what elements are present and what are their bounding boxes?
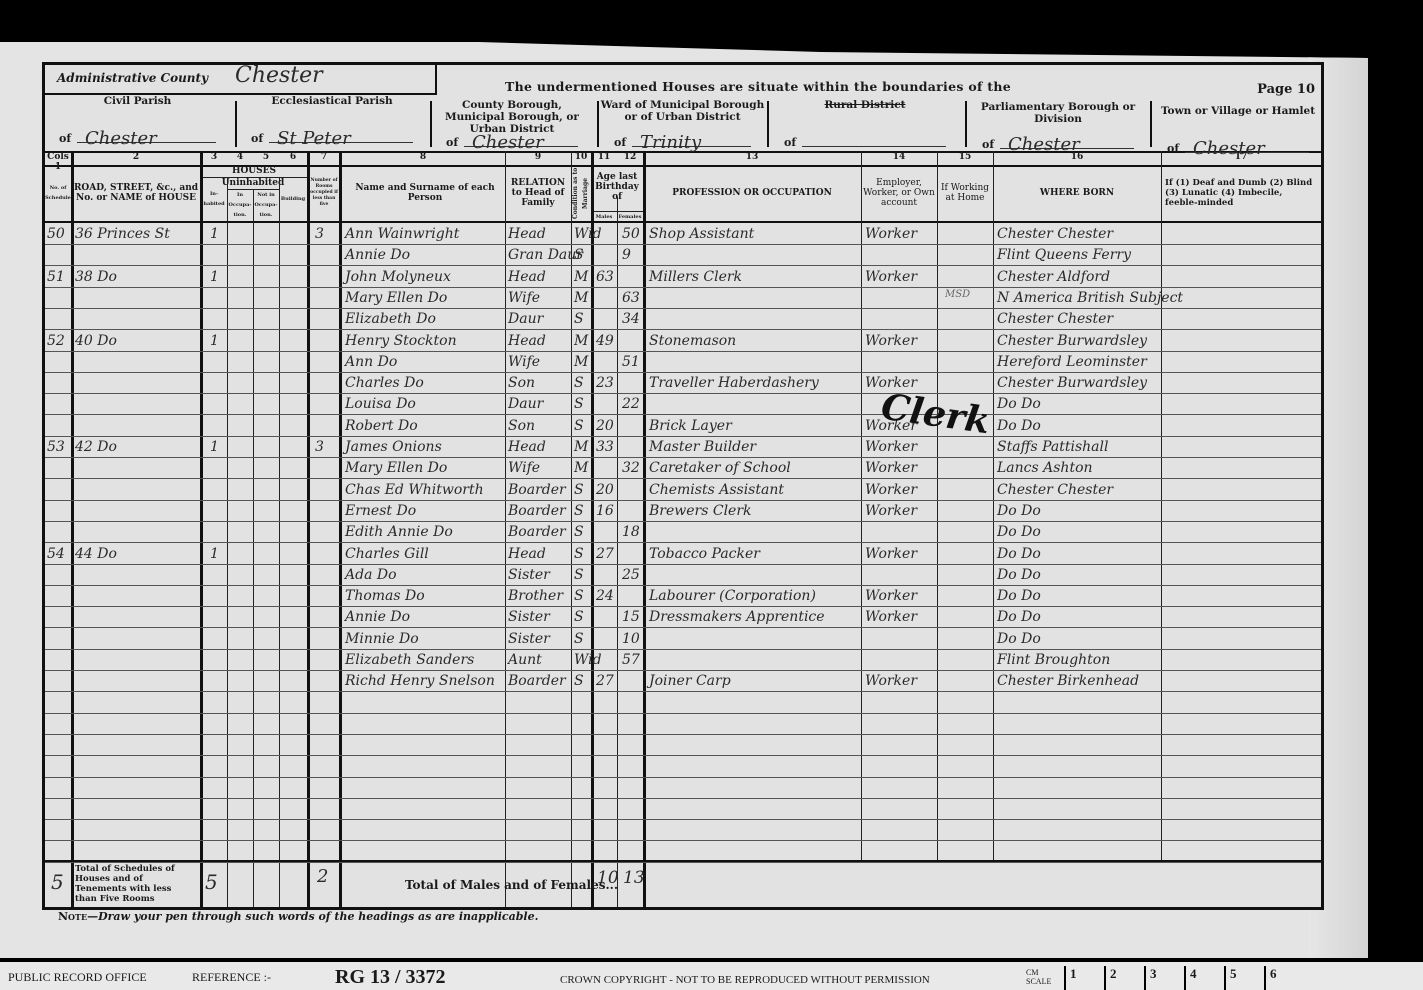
cell-condition: S [574, 372, 590, 393]
cell-relation: Brother [508, 585, 570, 606]
cell-address [75, 415, 199, 436]
cell-schedule [47, 244, 71, 265]
cell-rooms: 3 [315, 223, 337, 244]
header-employer: Employer, Worker, or Own account [861, 165, 937, 221]
scale-mark: 2 [1104, 966, 1144, 990]
table-row: Louisa DoDaurS22Do Do [45, 393, 1321, 415]
cell-schedule: 51 [47, 266, 71, 287]
cell-address [75, 606, 199, 627]
table-row: Ernest DoBoarderS16Brewers ClerkWorkerDo… [45, 500, 1321, 522]
cell-inhabited [210, 351, 226, 372]
cell-name: Ann Wainwright [345, 223, 503, 244]
cell-schedule: 53 [47, 436, 71, 457]
cell-female-age [622, 415, 642, 436]
note-text: Draw your pen through such words of the … [98, 910, 538, 923]
cell-male-age: 20 [596, 479, 618, 500]
cell-condition: S [574, 521, 590, 542]
table-row [45, 756, 1321, 778]
cell-occupation [649, 351, 859, 372]
scale-mark: 1 [1064, 966, 1104, 990]
cell-occupation [649, 628, 859, 649]
header-address: ROAD, STREET, &c., and No. or NAME of HO… [71, 165, 201, 221]
cell-condition: M [574, 287, 590, 308]
cell-address [75, 521, 199, 542]
cell-occupation: Joiner Carp [649, 670, 859, 691]
cell-born: Flint Broughton [997, 649, 1197, 670]
cell-born: Do Do [997, 500, 1197, 521]
table-row: Edith Annie DoBoarderS18Do Do [45, 521, 1321, 543]
cell-female-age [622, 266, 642, 287]
column-headers: No. of Schedule ROAD, STREET, &c., and N… [45, 165, 1321, 223]
cell-inhabited [210, 628, 226, 649]
cell-born: Chester Birkenhead [997, 670, 1197, 691]
header-infirmity: If (1) Deaf and Dumb (2) Blind (3) Lunat… [1165, 165, 1315, 221]
cell-schedule [47, 606, 71, 627]
cell-relation: Head [508, 436, 570, 457]
cell-name: Richd Henry Snelson [345, 670, 503, 691]
cell-male-age [596, 649, 618, 670]
cell-occupation: Traveller Haberdashery [649, 372, 859, 393]
cell-female-age: 51 [622, 351, 642, 372]
cell-occupation: Shop Assistant [649, 223, 859, 244]
rural-district: Rural District of [770, 95, 960, 153]
cell-home [941, 670, 991, 691]
cell-employer: Worker [865, 457, 937, 478]
cell-born: Do Do [997, 628, 1197, 649]
cell-inhabited: 1 [210, 436, 226, 457]
cell-male-age: 24 [596, 585, 618, 606]
header-rooms: Number of Rooms occupied if less than fi… [310, 165, 338, 221]
cell-employer: Worker [865, 223, 937, 244]
cell-born: Flint Queens Ferry [997, 244, 1197, 265]
cell-female-age [622, 372, 642, 393]
cell-condition: S [574, 564, 590, 585]
cell-male-age: 27 [596, 670, 618, 691]
table-row: Richd Henry SnelsonBoarderS27Joiner Carp… [45, 670, 1321, 692]
cell-name: Elizabeth Do [345, 308, 503, 329]
totals-row: 5 Total of Schedules of Houses and of Te… [45, 860, 1321, 910]
header-females: Females [617, 211, 643, 222]
cell-employer: Worker [865, 606, 937, 627]
cell-born: Chester Aldford [997, 266, 1197, 287]
cell-employer [865, 649, 937, 670]
cell-occupation [649, 287, 859, 308]
cell-relation: Wife [508, 457, 570, 478]
cell-rooms [315, 287, 337, 308]
rural-district-label: Rural District [770, 99, 960, 111]
cell-rooms [315, 266, 337, 287]
table-row [45, 798, 1321, 820]
cell-male-age: 27 [596, 543, 618, 564]
cell-address [75, 372, 199, 393]
cell-name: Thomas Do [345, 585, 503, 606]
archive-footer: PUBLIC RECORD OFFICE REFERENCE :- RG 13 … [0, 958, 1423, 990]
county-borough-label: County Borough, Municipal Borough, or Ur… [432, 99, 592, 135]
cell-name: Annie Do [345, 606, 503, 627]
cell-employer: Worker [865, 330, 937, 351]
cell-home [941, 479, 991, 500]
cell-rooms [315, 564, 337, 585]
header-home: If Working at Home [937, 165, 993, 221]
cell-rooms [315, 330, 337, 351]
cell-inhabited [210, 585, 226, 606]
cell-condition: S [574, 479, 590, 500]
table-row: Annie DoSisterS15Dressmakers ApprenticeW… [45, 606, 1321, 628]
cell-name: Ada Do [345, 564, 503, 585]
table-row [45, 734, 1321, 756]
cell-name: James Onions [345, 436, 503, 457]
cell-inhabited [210, 372, 226, 393]
cell-born: Staffs Pattishall [997, 436, 1197, 457]
cell-schedule [47, 393, 71, 414]
cell-male-age [596, 393, 618, 414]
cell-condition: Wid [574, 223, 590, 244]
header-inhabited: In-habited [201, 177, 227, 221]
cell-occupation [649, 393, 859, 414]
ward-value: Trinity [640, 137, 701, 149]
cell-relation: Sister [508, 564, 570, 585]
header-not-in-occupation: Not in Occupa-tion. [253, 189, 279, 221]
table-row: Minnie DoSisterS10Do Do [45, 628, 1321, 650]
cell-condition: S [574, 543, 590, 564]
table-row: 5444 Do1Charles GillHeadS27Tobacco Packe… [45, 543, 1321, 565]
cell-condition: S [574, 393, 590, 414]
cell-home [941, 606, 991, 627]
cell-inhabited [210, 479, 226, 500]
cell-address [75, 649, 199, 670]
cell-home [941, 543, 991, 564]
cell-rooms [315, 351, 337, 372]
cell-rooms [315, 308, 337, 329]
cell-female-age: 22 [622, 393, 642, 414]
cell-employer [865, 308, 937, 329]
ward: Ward of Municipal Borough or of Urban Di… [600, 95, 765, 153]
cell-address [75, 500, 199, 521]
total-persons-label: Total of Males and of Females... [405, 878, 618, 892]
cell-address [75, 308, 199, 329]
cell-name: Annie Do [345, 244, 503, 265]
cell-name: Charles Do [345, 372, 503, 393]
header-building: Building [279, 177, 307, 221]
cell-relation: Daur [508, 393, 570, 414]
cell-inhabited [210, 500, 226, 521]
header-born: WHERE BORN [993, 165, 1161, 221]
cell-relation: Boarder [508, 670, 570, 691]
form-note: Note—Draw your pen through such words of… [58, 910, 538, 923]
cell-occupation: Caretaker of School [649, 457, 859, 478]
cell-condition: M [574, 436, 590, 457]
cell-employer [865, 351, 937, 372]
cell-inhabited: 1 [210, 330, 226, 351]
cell-relation: Daur [508, 308, 570, 329]
total-inhabited: 5 [205, 870, 218, 894]
civil-parish: Civil Parish of Chester [45, 95, 230, 149]
cell-home [941, 585, 991, 606]
cell-relation: Boarder [508, 521, 570, 542]
cell-name: Robert Do [345, 415, 503, 436]
table-row: Elizabeth SandersAuntWid57Flint Broughto… [45, 649, 1321, 671]
cm-scale: 1 2 3 4 5 6 [1064, 966, 1304, 990]
cell-home [941, 500, 991, 521]
cell-occupation: Stonemason [649, 330, 859, 351]
cell-condition: S [574, 606, 590, 627]
footer-office: PUBLIC RECORD OFFICE [8, 970, 147, 985]
cell-schedule [47, 415, 71, 436]
county-borough: County Borough, Municipal Borough, or Ur… [432, 95, 592, 153]
col-num: 8 [341, 152, 505, 162]
cell-name: Charles Gill [345, 543, 503, 564]
cell-relation: Boarder [508, 479, 570, 500]
table-row: 5240 Do1Henry StocktonHeadM49StonemasonW… [45, 330, 1321, 352]
col-num: 11 [591, 152, 617, 162]
table-row: 5138 Do1John MolyneuxHeadM63Millers Cler… [45, 266, 1321, 288]
cell-home [941, 244, 991, 265]
table-row: 5036 Princes St13Ann WainwrightHeadWid50… [45, 223, 1321, 245]
cell-female-age: 34 [622, 308, 642, 329]
col-num: 17 [1161, 152, 1321, 162]
cell-relation: Head [508, 266, 570, 287]
cell-male-age: 23 [596, 372, 618, 393]
ward-label: Ward of Municipal Borough or of Urban Di… [600, 99, 765, 123]
cell-employer: Worker [865, 585, 937, 606]
header-condition: Condition as to Marriage [571, 165, 591, 221]
cell-male-age [596, 223, 618, 244]
cell-schedule [47, 500, 71, 521]
footer-scale-label: CM SCALE [1026, 968, 1056, 986]
of-label: of [784, 137, 796, 149]
col-num: 12 [617, 152, 643, 162]
cell-female-age [622, 479, 642, 500]
cell-name: Mary Ellen Do [345, 287, 503, 308]
cell-relation: Sister [508, 606, 570, 627]
cell-occupation: Brewers Clerk [649, 500, 859, 521]
cell-address [75, 564, 199, 585]
cell-female-age: 57 [622, 649, 642, 670]
table-row [45, 819, 1321, 841]
cell-relation: Head [508, 543, 570, 564]
header-occupation: PROFESSION OR OCCUPATION [643, 165, 861, 221]
cell-condition: S [574, 415, 590, 436]
total-schedules: 5 [51, 870, 64, 894]
cell-home [941, 649, 991, 670]
cell-address: 42 Do [75, 436, 199, 457]
cell-relation: Son [508, 372, 570, 393]
form-title: The undermentioned Houses are situate wi… [505, 79, 1011, 94]
table-row: Ada DoSisterS25Do Do [45, 564, 1321, 586]
cell-rooms [315, 479, 337, 500]
cell-occupation [649, 521, 859, 542]
cell-rooms [315, 670, 337, 691]
cell-born: Chester Chester [997, 479, 1197, 500]
total-rooms: 2 [317, 866, 328, 887]
cell-relation: Wife [508, 351, 570, 372]
cell-female-age [622, 543, 642, 564]
cell-inhabited [210, 287, 226, 308]
cell-relation: Wife [508, 287, 570, 308]
cell-address: 44 Do [75, 543, 199, 564]
cell-name: Chas Ed Whitworth [345, 479, 503, 500]
cell-inhabited [210, 244, 226, 265]
of-label: of [59, 133, 71, 145]
cell-schedule [47, 585, 71, 606]
col-num: 13 [643, 152, 861, 162]
ecclesiastical-parish-label: Ecclesiastical Parish [237, 95, 427, 107]
cell-occupation: Tobacco Packer [649, 543, 859, 564]
cell-female-age: 9 [622, 244, 642, 265]
cell-male-age [596, 628, 618, 649]
table-row [45, 713, 1321, 735]
cell-inhabited [210, 457, 226, 478]
census-form: Administrative County Chester The underm… [42, 62, 1324, 910]
civil-parish-label: Civil Parish [45, 95, 230, 107]
table-row: Mary Ellen DoWifeM32Caretaker of SchoolW… [45, 457, 1321, 479]
cell-born: Lancs Ashton [997, 457, 1197, 478]
header-in-occupation: In Occupa-tion. [227, 189, 253, 221]
cell-rooms [315, 585, 337, 606]
cell-employer [865, 564, 937, 585]
cell-condition: S [574, 500, 590, 521]
county-borough-value: Chester [472, 137, 544, 149]
cell-home [941, 521, 991, 542]
scale-mark: 3 [1144, 966, 1184, 990]
parliamentary-borough: Parliamentary Borough or Division of Che… [968, 95, 1148, 155]
cell-relation: Boarder [508, 500, 570, 521]
scale-mark: 5 [1224, 966, 1264, 990]
cell-rooms [315, 543, 337, 564]
table-row: Annie DoGran DaurS9Flint Queens Ferry [45, 244, 1321, 266]
cell-name: Mary Ellen Do [345, 457, 503, 478]
col-num: 9 [505, 152, 571, 162]
cell-rooms [315, 244, 337, 265]
cell-occupation: Chemists Assistant [649, 479, 859, 500]
cell-born: Do Do [997, 606, 1197, 627]
cell-address [75, 393, 199, 414]
ecclesiastical-parish-value: St Peter [277, 133, 351, 145]
town-village-label: Town or Village or Hamlet [1153, 105, 1323, 117]
col-num: 4 [227, 152, 253, 162]
cell-relation: Gran Daur [508, 244, 570, 265]
cell-employer [865, 521, 937, 542]
cell-condition: M [574, 330, 590, 351]
cell-rooms [315, 393, 337, 414]
cell-schedule [47, 479, 71, 500]
col-num: 7 [310, 152, 338, 162]
cell-schedule [47, 670, 71, 691]
cell-schedule: 54 [47, 543, 71, 564]
cell-rooms [315, 457, 337, 478]
cell-male-age [596, 457, 618, 478]
cell-home [941, 308, 991, 329]
col-num: 6 [279, 152, 307, 162]
town-village: Town or Village or Hamlet of Chester [1153, 95, 1323, 159]
cell-inhabited: 1 [210, 266, 226, 287]
cell-occupation [649, 308, 859, 329]
cell-address: 40 Do [75, 330, 199, 351]
home-mark: MSD [945, 289, 970, 300]
table-row: Thomas DoBrotherS24Labourer (Corporation… [45, 585, 1321, 607]
cell-occupation: Brick Layer [649, 415, 859, 436]
cell-male-age: 20 [596, 415, 618, 436]
cell-condition: M [574, 351, 590, 372]
cell-name: John Molyneux [345, 266, 503, 287]
cell-employer: Worker [865, 500, 937, 521]
form-header: Administrative County Chester The underm… [45, 65, 1321, 153]
parliamentary-borough-value: Chester [1008, 139, 1080, 151]
cell-male-age [596, 244, 618, 265]
cell-male-age [596, 564, 618, 585]
cell-name: Minnie Do [345, 628, 503, 649]
cell-female-age [622, 585, 642, 606]
cell-address [75, 585, 199, 606]
cell-rooms [315, 649, 337, 670]
cell-rooms [315, 521, 337, 542]
cell-condition: S [574, 585, 590, 606]
footer-reference: RG 13 / 3372 [335, 966, 446, 989]
cell-male-age [596, 287, 618, 308]
cell-born: Chester Burwardsley [997, 372, 1197, 393]
cell-home [941, 266, 991, 287]
table-row [45, 692, 1321, 714]
cell-occupation: Labourer (Corporation) [649, 585, 859, 606]
civil-parish-value: Chester [85, 133, 157, 145]
cell-born: N America British Subject [997, 287, 1197, 308]
header-name: Name and Surname of each Person [355, 165, 495, 221]
cell-female-age: 25 [622, 564, 642, 585]
cell-female-age [622, 330, 642, 351]
cell-female-age [622, 670, 642, 691]
cell-home [941, 457, 991, 478]
cell-male-age [596, 606, 618, 627]
admin-county-value: Chester [235, 63, 323, 88]
cell-address [75, 670, 199, 691]
cell-address [75, 287, 199, 308]
header-relation: RELATION to Head of Family [505, 165, 571, 221]
cell-home [941, 372, 991, 393]
cell-name: Ernest Do [345, 500, 503, 521]
col-num: 5 [253, 152, 279, 162]
table-row: Mary Ellen DoWifeM63N America British Su… [45, 287, 1321, 309]
cell-female-age [622, 500, 642, 521]
footer-copyright: CROWN COPYRIGHT - NOT TO BE REPRODUCED W… [560, 974, 930, 986]
cell-address [75, 479, 199, 500]
table-row: Ann DoWifeM51Hereford Leominster [45, 351, 1321, 373]
admin-county: Administrative County Chester [45, 65, 437, 95]
cell-inhabited [210, 606, 226, 627]
cell-occupation: Millers Clerk [649, 266, 859, 287]
cell-inhabited [210, 670, 226, 691]
cell-schedule [47, 649, 71, 670]
cell-rooms [315, 606, 337, 627]
cell-inhabited [210, 393, 226, 414]
footer-reference-label: REFERENCE :- [192, 970, 271, 985]
cell-rooms [315, 628, 337, 649]
note-prefix: Note— [58, 910, 98, 923]
total-schedules-label: Total of Schedules of Houses and of Tene… [75, 864, 195, 904]
col-num: 16 [993, 152, 1161, 162]
cell-address: 38 Do [75, 266, 199, 287]
ecclesiastical-parish: Ecclesiastical Parish of St Peter [237, 95, 427, 149]
cell-name: Henry Stockton [345, 330, 503, 351]
cell-condition: M [574, 457, 590, 478]
table-row: Chas Ed WhitworthBoarderS20Chemists Assi… [45, 479, 1321, 501]
cell-female-age [622, 436, 642, 457]
cell-female-age: 63 [622, 287, 642, 308]
cell-home [941, 330, 991, 351]
cell-schedule [47, 287, 71, 308]
cell-rooms [315, 372, 337, 393]
cell-name: Edith Annie Do [345, 521, 503, 542]
cell-condition: M [574, 266, 590, 287]
